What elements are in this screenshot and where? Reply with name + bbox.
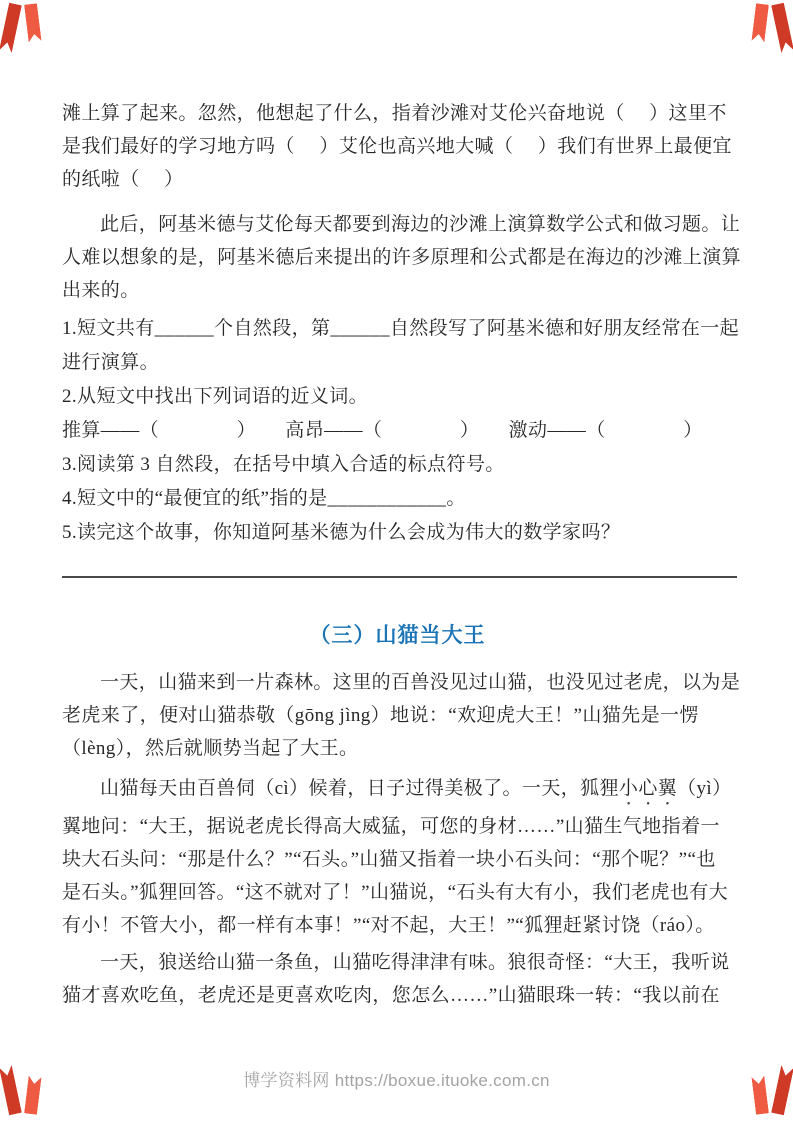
passage-final-paragraph: 此后，阿基米德与艾伦每天都要到海边的沙滩上演算数学公式和做习题。让 人难以想象的… xyxy=(62,208,733,307)
story-line: 猫才喜欢吃鱼，老虎还是更喜欢吃肉，您怎么……”山猫眼珠一转：“我以前在 xyxy=(62,979,733,1012)
passage-line: 是我们最好的学习地方吗（ ）艾伦也高兴地大喊（ ）我们有世界上最便宜 xyxy=(62,130,733,163)
story-line: 一天，狼送给山猫一条鱼，山猫吃得津津有味。狼很奇怪：“大王，我听说 xyxy=(62,946,733,979)
story-paragraph-3: 一天，狼送给山猫一条鱼，山猫吃得津津有味。狼很奇怪：“大王，我听说 猫才喜欢吃鱼… xyxy=(62,946,733,1012)
question-1-line-2: 进行演算。 xyxy=(62,346,733,380)
story-line: 有小！不管大小，都一样有本事！”“对不起，大王！”“狐狸赶紧讨饶（ráo）。 xyxy=(62,909,733,942)
ribbon-strip-icon xyxy=(24,3,42,42)
passage-line: 人难以想象的是，阿基米德后来提出的许多原理和公式都是在海边的沙滩上演算 xyxy=(62,241,733,274)
story-text: （yì） xyxy=(677,778,731,799)
question-2-synonym-blanks: 推算——（ ） 高昂——（ ） 激动——（ ） xyxy=(62,414,733,448)
story-line: 翼地问：“大王，据说老虎长得高大威猛，可您的身材……”山猫生气地指着一 xyxy=(62,810,733,843)
story-paragraph-2: 山猫每天由百兽伺（cì）候着，日子过得美极了。一天，狐狸小心翼（yì） 翼地问：… xyxy=(62,772,733,942)
story-line: 是石头。”狐狸回答。“这不就对了！”山猫说，“石头有大有小，我们老虎也有大 xyxy=(62,876,733,909)
story-line: （lèng），然后就顺势当起了大王。 xyxy=(62,732,733,765)
section-divider-line xyxy=(62,576,737,578)
site-url-label: 博学资料网 https://boxue.ituoke.com.cn xyxy=(243,1071,550,1090)
question-list: 1.短文共有______个自然段，第______自然段写了阿基米德和好朋友经常在… xyxy=(62,312,733,550)
story-line: 块大石头问：“那是什么？”“石头。”山猫又指着一块小石头问：“那个呢？”“也 xyxy=(62,843,733,876)
worksheet-page: 滩上算了起来。忽然，他想起了什么，指着沙滩对艾伦兴奋地说（ ）这里不 是我们最好… xyxy=(0,0,793,1122)
passage-line: 滩上算了起来。忽然，他想起了什么，指着沙滩对艾伦兴奋地说（ ）这里不 xyxy=(62,97,733,130)
emphasized-word: 小心翼 xyxy=(619,778,677,799)
story-text: 山猫每天由百兽伺（cì）候着，日子过得美极了。一天，狐狸 xyxy=(100,778,619,799)
ribbon-strip-icon xyxy=(751,3,769,42)
story-line: 老虎来了，便对山猫恭敬（gōng jìng）地说：“欢迎虎大王！”山猫先是一愣 xyxy=(62,699,733,732)
passage-line: 此后，阿基米德与艾伦每天都要到海边的沙滩上演算数学公式和做习题。让 xyxy=(62,208,733,241)
section-three-title: （三）山猫当大王 xyxy=(62,620,733,650)
question-3: 3.阅读第 3 自然段，在括号中填入合适的标点符号。 xyxy=(62,448,733,482)
question-2: 2.从短文中找出下列词语的近义词。 xyxy=(62,380,733,414)
story-line: 一天，山猫来到一片森林。这里的百兽没见过山猫，也没见过老虎，以为是 xyxy=(62,666,733,699)
passage-continuation-paragraph: 滩上算了起来。忽然，他想起了什么，指着沙滩对艾伦兴奋地说（ ）这里不 是我们最好… xyxy=(62,97,733,196)
passage-line: 的纸啦（ ） xyxy=(62,163,733,196)
passage-line: 出来的。 xyxy=(62,274,733,307)
document-body: 滩上算了起来。忽然，他想起了什么，指着沙滩对艾伦兴奋地说（ ）这里不 是我们最好… xyxy=(0,0,793,1012)
question-1-line-1: 1.短文共有______个自然段，第______自然段写了阿基米德和好朋友经常在… xyxy=(62,312,733,346)
red-ribbon-corner-top-right-icon xyxy=(752,4,786,56)
red-ribbon-corner-top-left-icon xyxy=(7,4,41,56)
story-line-with-emphasis: 山猫每天由百兽伺（cì）候着，日子过得美极了。一天，狐狸小心翼（yì） xyxy=(62,772,733,810)
question-5: 5.读完这个故事，你知道阿基米德为什么会成为伟大的数学家吗？ xyxy=(62,516,733,550)
story-paragraph-1: 一天，山猫来到一片森林。这里的百兽没见过山猫，也没见过老虎，以为是 老虎来了，便… xyxy=(62,666,733,765)
watermark-footer: 博学资料网 https://boxue.ituoke.com.cn xyxy=(0,1066,793,1091)
question-4: 4.短文中的“最便宜的纸”指的是____________。 xyxy=(62,482,733,516)
